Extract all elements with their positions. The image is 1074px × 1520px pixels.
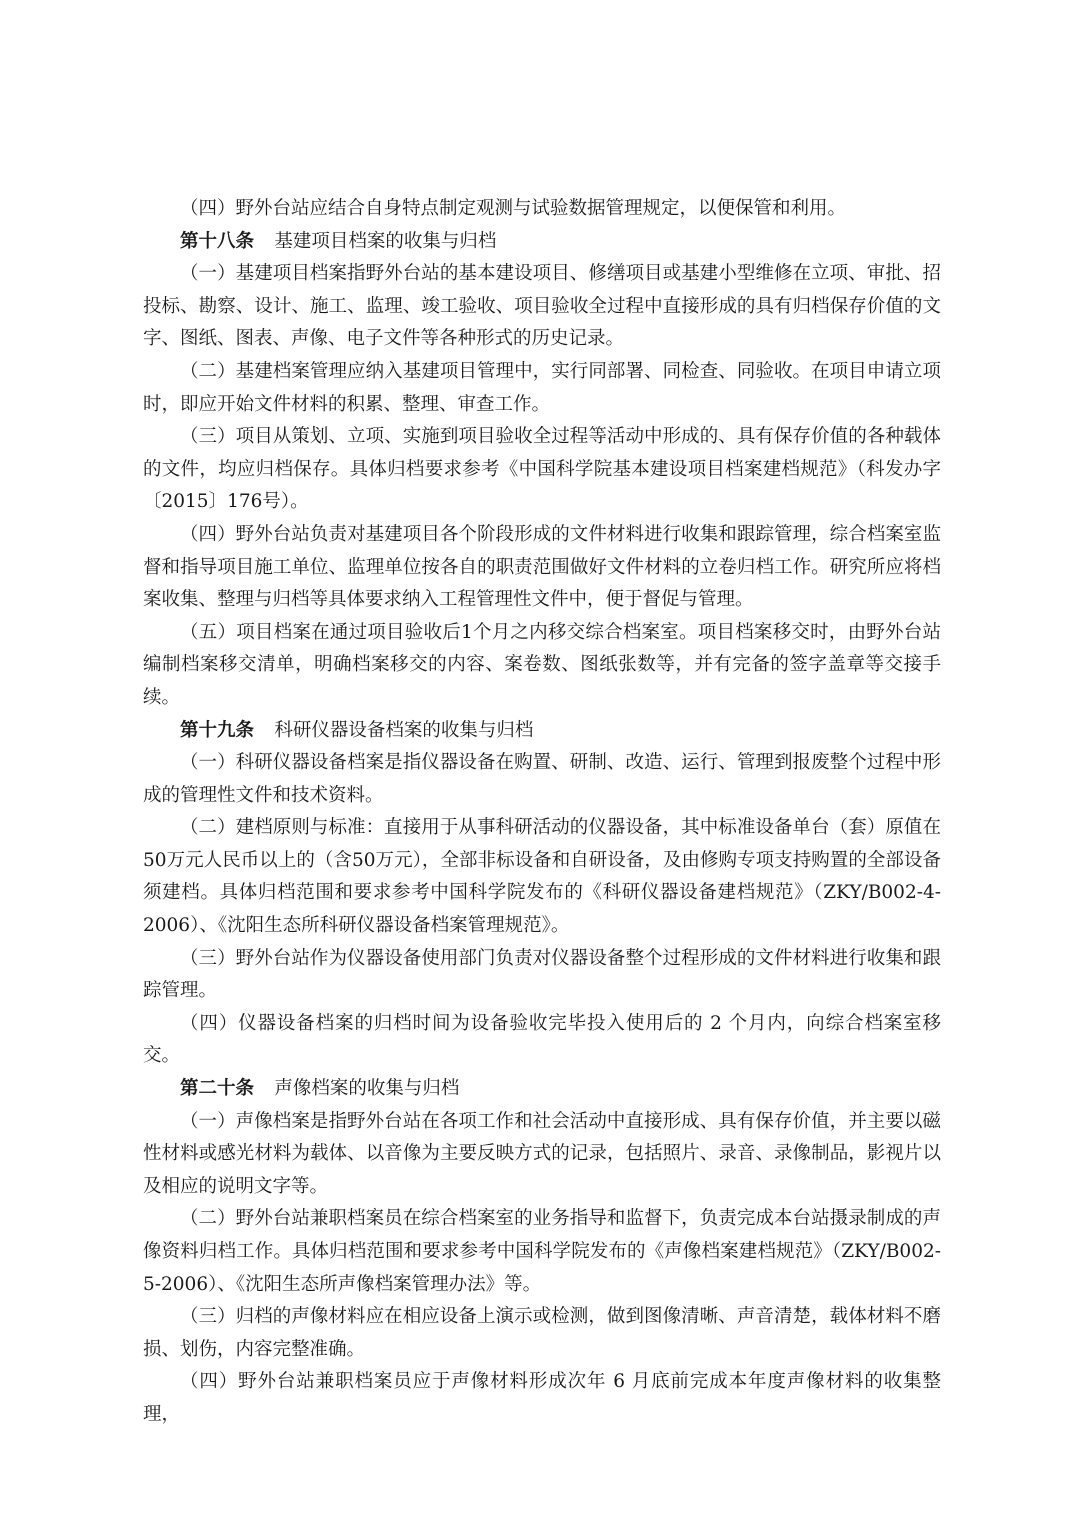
paragraph-18-2: （二）基建档案管理应纳入基建项目管理中，实行同部署、同检查、同验收。在项目申请立… bbox=[143, 356, 941, 421]
article-title: 科研仪器设备档案的收集与归档 bbox=[274, 720, 533, 741]
article-18-heading: 第十八条基建项目档案的收集与归档 bbox=[143, 226, 941, 259]
paragraph-20-3: （三）归档的声像材料应在相应设备上演示或检测，做到图像清晰、声音清楚，载体材料不… bbox=[143, 1301, 941, 1366]
paragraph-18-4-data-management: （四）野外台站应结合自身特点制定观测与试验数据管理规定，以便保管和利用。 bbox=[143, 193, 941, 226]
paragraph-18-1: （一）基建项目档案指野外台站的基本建设项目、修缮项目或基建小型维修在立项、审批、… bbox=[143, 258, 941, 356]
article-number: 第二十条 bbox=[180, 1078, 254, 1099]
paragraph-19-4: （四）仪器设备档案的归档时间为设备验收完毕投入使用后的 2 个月内，向综合档案室… bbox=[143, 1008, 941, 1073]
document-page: （四）野外台站应结合自身特点制定观测与试验数据管理规定，以便保管和利用。 第十八… bbox=[143, 193, 941, 1432]
article-number: 第十九条 bbox=[180, 720, 254, 741]
paragraph-18-5: （五）项目档案在通过项目验收后1个月之内移交综合档案室。项目档案移交时，由野外台… bbox=[143, 617, 941, 715]
paragraph-18-4: （四）野外台站负责对基建项目各个阶段形成的文件材料进行收集和跟踪管理，综合档案室… bbox=[143, 519, 941, 617]
paragraph-19-1: （一）科研仪器设备档案是指仪器设备在购置、研制、改造、运行、管理到报废整个过程中… bbox=[143, 747, 941, 812]
paragraph-19-2: （二）建档原则与标准：直接用于从事科研活动的仪器设备，其中标准设备单台（套）原值… bbox=[143, 812, 941, 942]
paragraph-20-1: （一）声像档案是指野外台站在各项工作和社会活动中直接形成、具有保存价值，并主要以… bbox=[143, 1106, 941, 1204]
paragraph-20-4: （四）野外台站兼职档案员应于声像材料形成次年 6 月底前完成本年度声像材料的收集… bbox=[143, 1366, 941, 1431]
paragraph-20-2: （二）野外台站兼职档案员在综合档案室的业务指导和监督下，负责完成本台站摄录制成的… bbox=[143, 1203, 941, 1301]
article-19-heading: 第十九条科研仪器设备档案的收集与归档 bbox=[143, 715, 941, 748]
paragraph-19-3: （三）野外台站作为仪器设备使用部门负责对仪器设备整个过程形成的文件材料进行收集和… bbox=[143, 943, 941, 1008]
article-title: 基建项目档案的收集与归档 bbox=[274, 231, 496, 252]
article-title: 声像档案的收集与归档 bbox=[274, 1078, 459, 1099]
paragraph-18-3: （三）项目从策划、立项、实施到项目验收全过程等活动中形成的、具有保存价值的各种载… bbox=[143, 421, 941, 519]
article-number: 第十八条 bbox=[180, 231, 254, 252]
article-20-heading: 第二十条声像档案的收集与归档 bbox=[143, 1073, 941, 1106]
